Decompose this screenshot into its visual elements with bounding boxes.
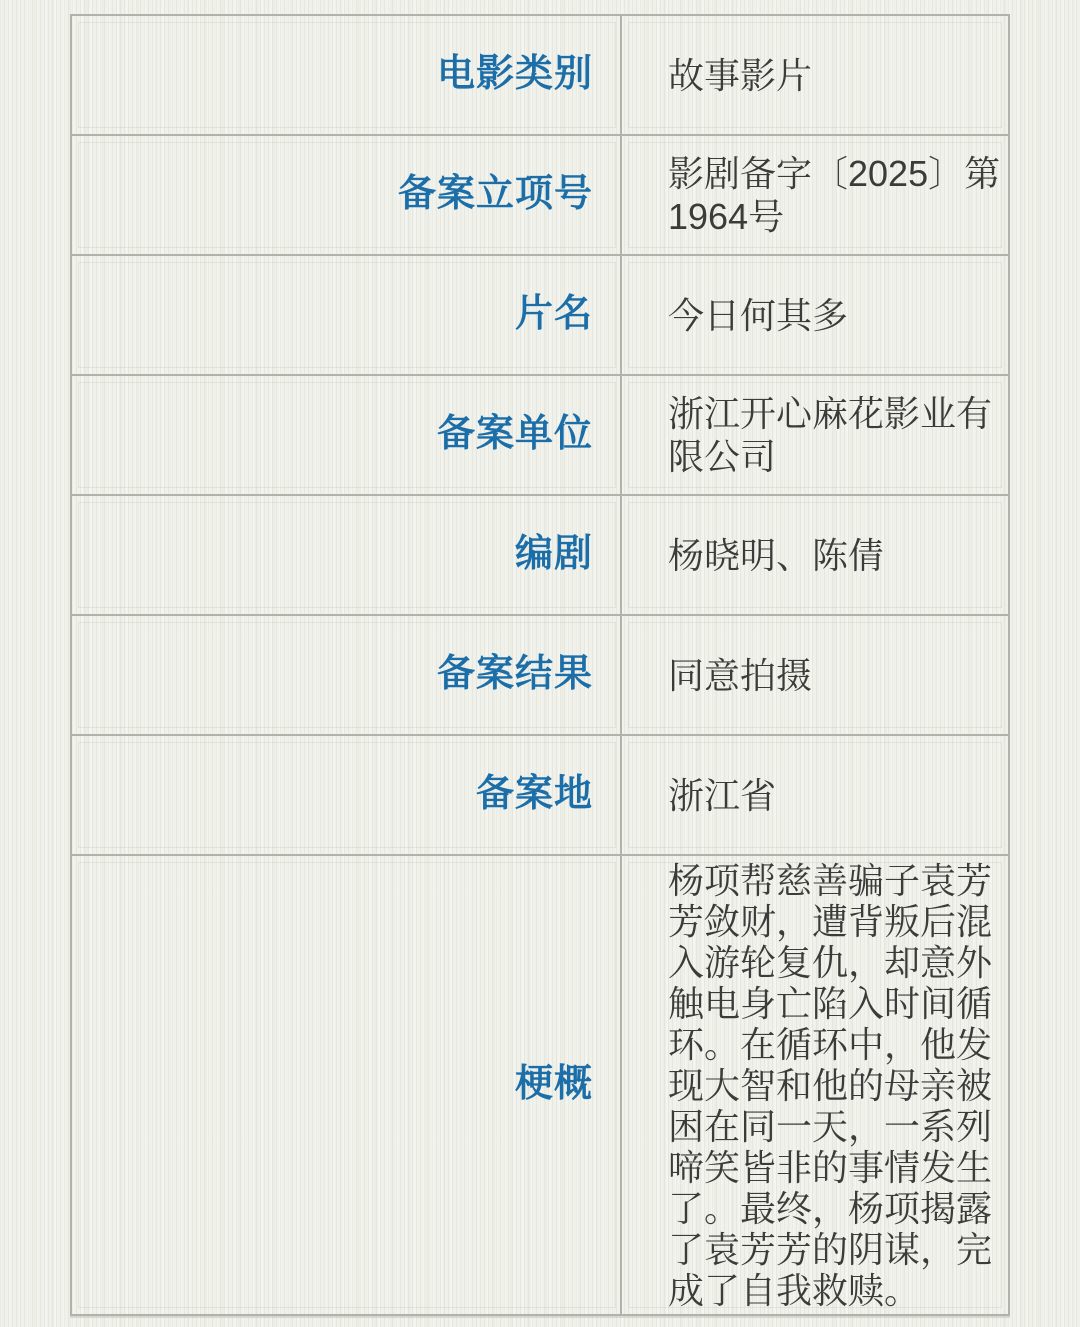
row-value: 今日何其多 — [668, 294, 848, 337]
row-label-cell: 梗概 — [72, 856, 622, 1314]
row-label-cell: 备案结果 — [72, 616, 622, 734]
row-value: 杨晓明、陈倩 — [668, 534, 884, 577]
table-row: 备案结果 同意拍摄 — [72, 614, 1008, 734]
row-label: 电影类别 — [437, 53, 593, 97]
row-value-cell: 同意拍摄 — [622, 616, 1008, 734]
row-label-cell: 片名 — [72, 256, 622, 374]
row-value: 杨项帮慈善骗子袁芳 芳敛财，遭背叛后混 入游轮复仇，却意外 触电身亡陷入时间循 … — [668, 860, 992, 1311]
row-label-cell: 备案立项号 — [72, 136, 622, 254]
row-label-cell: 备案单位 — [72, 376, 622, 494]
row-label-cell: 备案地 — [72, 736, 622, 854]
row-label-cell: 编剧 — [72, 496, 622, 614]
row-label: 备案立项号 — [398, 173, 593, 217]
row-value-cell: 杨晓明、陈倩 — [622, 496, 1008, 614]
table-row: 备案单位 浙江开心麻花影业有 限公司 — [72, 374, 1008, 494]
table-row: 电影类别 故事影片 — [72, 16, 1008, 134]
row-value: 同意拍摄 — [668, 654, 812, 697]
row-value-cell: 浙江省 — [622, 736, 1008, 854]
table-row: 编剧 杨晓明、陈倩 — [72, 494, 1008, 614]
row-label: 片名 — [515, 293, 593, 337]
row-label: 梗概 — [515, 1063, 593, 1107]
row-value-cell: 浙江开心麻花影业有 限公司 — [622, 376, 1008, 494]
row-label-cell: 电影类别 — [72, 16, 622, 134]
row-value: 浙江开心麻花影业有 限公司 — [668, 392, 992, 478]
row-label: 编剧 — [515, 533, 593, 577]
film-registration-table: 电影类别 故事影片 备案立项号 影剧备字〔2025〕第 1964号 片名 今日何… — [70, 14, 1010, 1316]
row-label: 备案结果 — [437, 653, 593, 697]
table-row: 备案立项号 影剧备字〔2025〕第 1964号 — [72, 134, 1008, 254]
row-value-cell: 故事影片 — [622, 16, 1008, 134]
row-value: 影剧备字〔2025〕第 1964号 — [668, 152, 1000, 238]
row-value-cell: 杨项帮慈善骗子袁芳 芳敛财，遭背叛后混 入游轮复仇，却意外 触电身亡陷入时间循 … — [622, 856, 1008, 1314]
row-value: 浙江省 — [668, 774, 776, 817]
table-row: 梗概 杨项帮慈善骗子袁芳 芳敛财，遭背叛后混 入游轮复仇，却意外 触电身亡陷入时… — [72, 854, 1008, 1314]
row-value-cell: 影剧备字〔2025〕第 1964号 — [622, 136, 1008, 254]
table-row: 片名 今日何其多 — [72, 254, 1008, 374]
row-label: 备案地 — [476, 773, 593, 817]
row-label: 备案单位 — [437, 413, 593, 457]
row-value-cell: 今日何其多 — [622, 256, 1008, 374]
row-value: 故事影片 — [668, 54, 812, 97]
table-row: 备案地 浙江省 — [72, 734, 1008, 854]
